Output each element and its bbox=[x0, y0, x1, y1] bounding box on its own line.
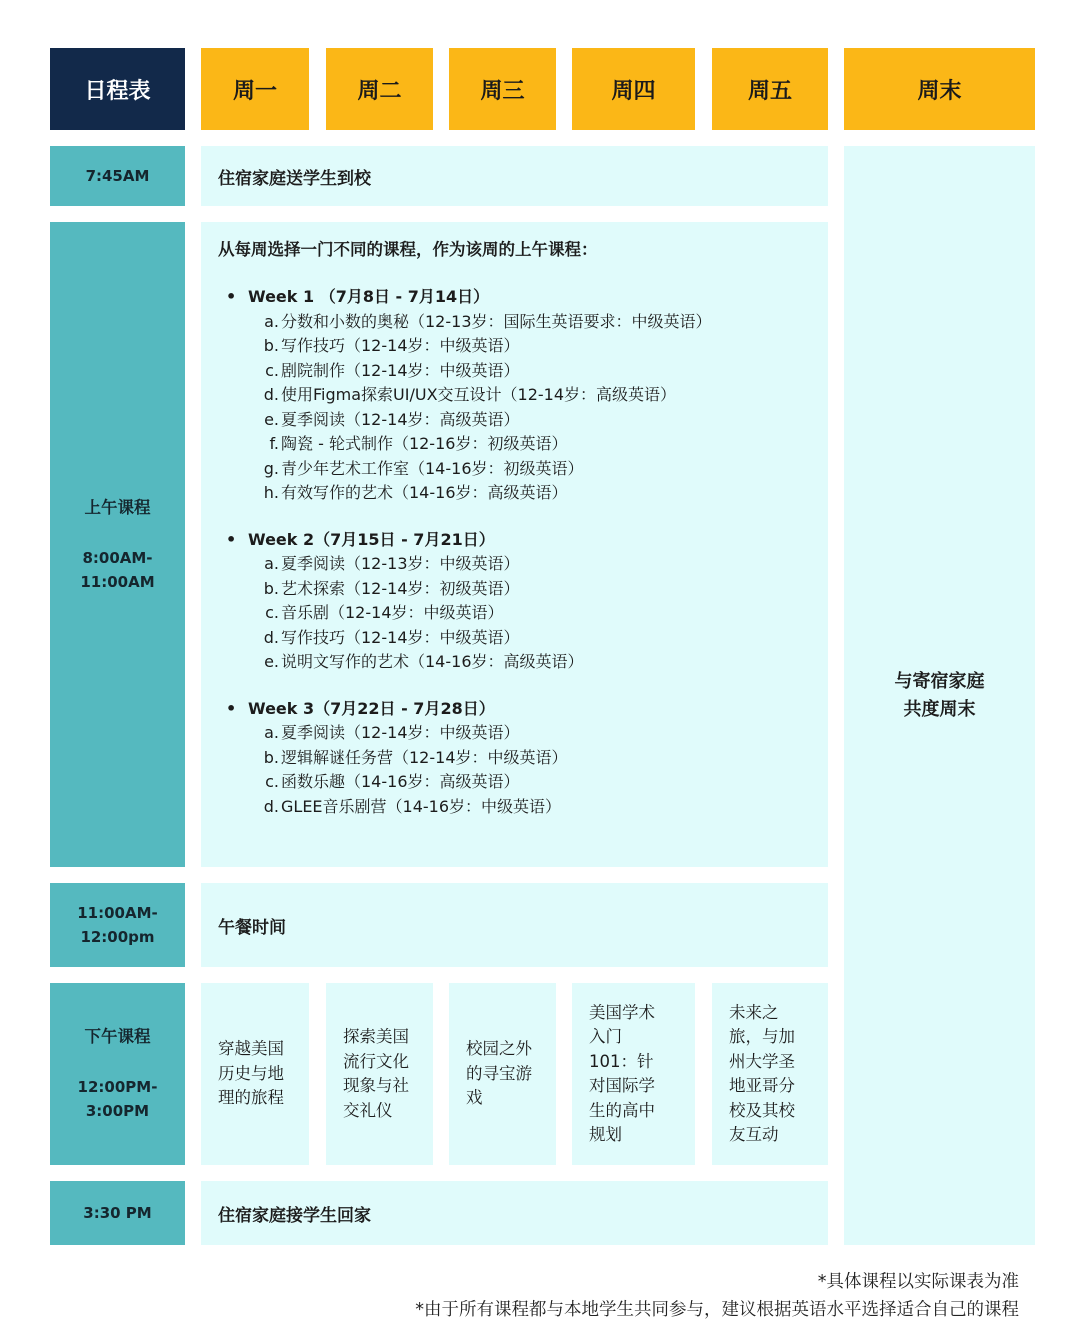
day-header-friday: 周五 bbox=[712, 48, 828, 130]
dropoff-text: 住宿家庭送学生到校 bbox=[218, 164, 371, 189]
schedule-title-cell: 日程表 bbox=[50, 48, 185, 130]
course-text: 夏季阅读（12-14岁：中级英语） bbox=[281, 721, 520, 746]
course-text: 美国学术入门101：针对国际学生的高中规划 bbox=[589, 1001, 665, 1148]
dropoff-cell: 住宿家庭送学生到校 bbox=[201, 146, 828, 206]
course-item: b.写作技巧（12-14岁：中级英语） bbox=[218, 334, 811, 359]
afternoon-course-monday: 穿越美国历史与地理的旅程 bbox=[201, 983, 309, 1165]
afternoon-course-thursday: 美国学术入门101：针对国际学生的高中规划 bbox=[572, 983, 695, 1165]
course-item: b.艺术探索（12-14岁：初级英语） bbox=[218, 577, 811, 602]
course-text: 穿越美国历史与地理的旅程 bbox=[218, 1037, 292, 1111]
morning-time-end: 11:00AM bbox=[80, 570, 154, 594]
course-item: a.分数和小数的奥秘（12-13岁：国际生英语要求：中级英语） bbox=[218, 310, 811, 335]
morning-intro: 从每周选择一门不同的课程，作为该周的上午课程： bbox=[218, 238, 811, 262]
footnote-1: *具体课程以实际课表为准 bbox=[818, 1268, 1019, 1293]
course-letter: a. bbox=[263, 552, 279, 577]
footnote-2: *由于所有课程都与本地学生共同参与，建议根据英语水平选择适合自己的课程 bbox=[415, 1296, 1019, 1321]
day-header-wednesday: 周三 bbox=[449, 48, 556, 130]
week-block-3: • Week 3（7月22日 - 7月28日） a.夏季阅读（12-14岁：中级… bbox=[218, 697, 811, 820]
day-label: 周三 bbox=[480, 74, 524, 105]
course-item: g.青少年艺术工作室（14-16岁：初级英语） bbox=[218, 457, 811, 482]
course-text: 校园之外的寻宝游戏 bbox=[466, 1037, 540, 1111]
course-text: 艺术探索（12-14岁：初级英语） bbox=[281, 577, 520, 602]
morning-courses-cell: 从每周选择一门不同的课程，作为该周的上午课程： • Week 1 （7月8日 -… bbox=[201, 222, 828, 867]
afternoon-course-wednesday: 校园之外的寻宝游戏 bbox=[449, 983, 556, 1165]
day-label: 周二 bbox=[357, 74, 401, 105]
time-label: 7:45AM bbox=[86, 164, 150, 188]
course-letter: d. bbox=[263, 383, 279, 408]
course-letter: d. bbox=[263, 626, 279, 651]
day-label: 周五 bbox=[748, 74, 792, 105]
schedule-title: 日程表 bbox=[84, 74, 150, 105]
course-letter: e. bbox=[263, 408, 279, 433]
course-item: e.夏季阅读（12-14岁：高级英语） bbox=[218, 408, 811, 433]
course-text: 探索美国流行文化现象与社交礼仪 bbox=[343, 1025, 417, 1123]
day-label: 周四 bbox=[611, 74, 655, 105]
course-letter: d. bbox=[263, 795, 279, 820]
course-text: 说明文写作的艺术（14-16岁：高级英语） bbox=[281, 650, 584, 675]
week-title-text: Week 1 （7月8日 - 7月14日） bbox=[248, 287, 489, 306]
course-text: 写作技巧（12-14岁：中级英语） bbox=[281, 626, 520, 651]
bullet-icon: • bbox=[226, 528, 236, 553]
afternoon-time-end: 3:00PM bbox=[86, 1099, 149, 1123]
course-letter: c. bbox=[263, 601, 279, 626]
course-text: 未来之旅，与加州大学圣地亚哥分校及其校友互动 bbox=[729, 1001, 805, 1148]
afternoon-course-tuesday: 探索美国流行文化现象与社交礼仪 bbox=[326, 983, 433, 1165]
afternoon-label: 下午课程 bbox=[85, 1025, 151, 1049]
course-letter: e. bbox=[263, 650, 279, 675]
course-text: 夏季阅读（12-13岁：中级英语） bbox=[281, 552, 520, 577]
course-item: c.剧院制作（12-14岁：中级英语） bbox=[218, 359, 811, 384]
course-letter: b. bbox=[263, 334, 279, 359]
course-text: 剧院制作（12-14岁：中级英语） bbox=[281, 359, 520, 384]
afternoon-time-start: 12:00PM- bbox=[78, 1075, 158, 1099]
course-letter: h. bbox=[263, 481, 279, 506]
course-text: 写作技巧（12-14岁：中级英语） bbox=[281, 334, 520, 359]
time-label: 3:30 PM bbox=[83, 1201, 151, 1225]
pickup-text: 住宿家庭接学生回家 bbox=[218, 1201, 371, 1226]
day-header-thursday: 周四 bbox=[572, 48, 695, 130]
day-header-tuesday: 周二 bbox=[326, 48, 433, 130]
course-letter: b. bbox=[263, 746, 279, 771]
weekend-text-line1: 与寄宿家庭 bbox=[895, 668, 985, 696]
morning-time-start: 8:00AM- bbox=[82, 546, 152, 570]
morning-label: 上午课程 bbox=[85, 496, 151, 520]
course-item: f.陶瓷 - 轮式制作（12-16岁：初级英语） bbox=[218, 432, 811, 457]
course-text: 使用Figma探索UI/UX交互设计（12-14岁：高级英语） bbox=[281, 383, 676, 408]
course-text: 分数和小数的奥秘（12-13岁：国际生英语要求：中级英语） bbox=[281, 310, 712, 335]
afternoon-course-friday: 未来之旅，与加州大学圣地亚哥分校及其校友互动 bbox=[712, 983, 828, 1165]
time-cell-dropoff: 7:45AM bbox=[50, 146, 185, 206]
weekend-cell: 与寄宿家庭 共度周末 bbox=[844, 146, 1035, 1245]
course-text: GLEE音乐剧营（14-16岁：中级英语） bbox=[281, 795, 561, 820]
course-item: d.使用Figma探索UI/UX交互设计（12-14岁：高级英语） bbox=[218, 383, 811, 408]
week-block-2: • Week 2（7月15日 - 7月21日） a.夏季阅读（12-13岁：中级… bbox=[218, 528, 811, 675]
course-item: e.说明文写作的艺术（14-16岁：高级英语） bbox=[218, 650, 811, 675]
week-title: • Week 1 （7月8日 - 7月14日） bbox=[218, 285, 811, 310]
course-text: 陶瓷 - 轮式制作（12-16岁：初级英语） bbox=[281, 432, 567, 457]
course-item: c.函数乐趣（14-16岁：高级英语） bbox=[218, 770, 811, 795]
course-item: a.夏季阅读（12-13岁：中级英语） bbox=[218, 552, 811, 577]
course-text: 逻辑解谜任务营（12-14岁：中级英语） bbox=[281, 746, 568, 771]
course-item: d.GLEE音乐剧营（14-16岁：中级英语） bbox=[218, 795, 811, 820]
day-header-monday: 周一 bbox=[201, 48, 309, 130]
day-label: 周一 bbox=[233, 74, 277, 105]
day-header-weekend: 周末 bbox=[844, 48, 1035, 130]
course-letter: a. bbox=[263, 721, 279, 746]
course-text: 函数乐趣（14-16岁：高级英语） bbox=[281, 770, 520, 795]
course-text: 有效写作的艺术（14-16岁：高级英语） bbox=[281, 481, 568, 506]
course-text: 夏季阅读（12-14岁：高级英语） bbox=[281, 408, 520, 433]
lunch-text: 午餐时间 bbox=[218, 913, 286, 938]
week-block-1: • Week 1 （7月8日 - 7月14日） a.分数和小数的奥秘（12-13… bbox=[218, 285, 811, 506]
week-title: • Week 3（7月22日 - 7月28日） bbox=[218, 697, 811, 722]
day-label: 周末 bbox=[917, 74, 961, 105]
course-letter: b. bbox=[263, 577, 279, 602]
course-letter: a. bbox=[263, 310, 279, 335]
course-item: d.写作技巧（12-14岁：中级英语） bbox=[218, 626, 811, 651]
week-title-text: Week 2（7月15日 - 7月21日） bbox=[248, 530, 495, 549]
bullet-icon: • bbox=[226, 697, 236, 722]
time-cell-afternoon: 下午课程 12:00PM- 3:00PM bbox=[50, 983, 185, 1165]
course-letter: c. bbox=[263, 770, 279, 795]
lunch-time-start: 11:00AM- bbox=[77, 901, 158, 925]
course-item: b.逻辑解谜任务营（12-14岁：中级英语） bbox=[218, 746, 811, 771]
time-cell-morning: 上午课程 8:00AM- 11:00AM bbox=[50, 222, 185, 867]
week-title-text: Week 3（7月22日 - 7月28日） bbox=[248, 699, 495, 718]
course-letter: f. bbox=[263, 432, 279, 457]
lunch-time-end: 12:00pm bbox=[80, 925, 154, 949]
course-letter: g. bbox=[263, 457, 279, 482]
course-text: 音乐剧（12-14岁：中级英语） bbox=[281, 601, 504, 626]
course-item: h.有效写作的艺术（14-16岁：高级英语） bbox=[218, 481, 811, 506]
course-item: a.夏季阅读（12-14岁：中级英语） bbox=[218, 721, 811, 746]
pickup-cell: 住宿家庭接学生回家 bbox=[201, 1181, 828, 1245]
lunch-cell: 午餐时间 bbox=[201, 883, 828, 967]
time-cell-pickup: 3:30 PM bbox=[50, 1181, 185, 1245]
weekend-text-line2: 共度周末 bbox=[904, 696, 976, 724]
week-title: • Week 2（7月15日 - 7月21日） bbox=[218, 528, 811, 553]
bullet-icon: • bbox=[226, 285, 236, 310]
course-item: c.音乐剧（12-14岁：中级英语） bbox=[218, 601, 811, 626]
course-letter: c. bbox=[263, 359, 279, 384]
time-cell-lunch: 11:00AM- 12:00pm bbox=[50, 883, 185, 967]
course-text: 青少年艺术工作室（14-16岁：初级英语） bbox=[281, 457, 584, 482]
